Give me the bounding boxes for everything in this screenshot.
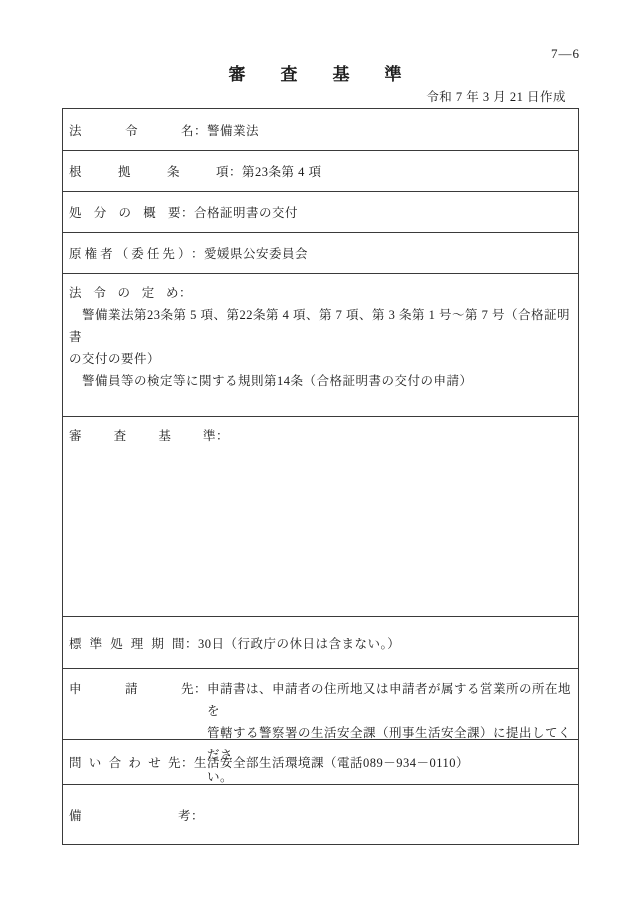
document-title: 審査基準: [0, 60, 630, 85]
document-title-text: 審査基準: [229, 60, 437, 85]
colon: ：: [216, 426, 229, 444]
label-remarks: 備考: [69, 806, 191, 824]
value-contact: 生活安全部生活環境課（電話089－934－0110）: [194, 753, 574, 771]
label-disposition: 処分の概要: [69, 203, 181, 221]
value-authority: 愛媛県公安委員会: [204, 244, 574, 262]
row-provisions: 法令の定め： 警備業法第23条第 5 項、第22条第 4 項、第 7 項、第 3…: [63, 274, 578, 417]
provisions-label-line: 法令の定め：: [69, 282, 574, 304]
colon: ：: [185, 634, 198, 652]
criteria-table: 法令名： 警備業法 根拠条項： 第23条第 4 項 処分の概要： 合格証明書の交…: [62, 108, 579, 845]
document-page: { "page": { "number": "7—6", "title": "審…: [0, 0, 630, 903]
row-authority: 原権者（委任先）： 愛媛県公安委員会: [63, 233, 578, 274]
value-basis: 第23条第 4 項: [242, 162, 574, 180]
label-authority: 原権者（委任先）: [69, 244, 191, 262]
colon: ：: [191, 806, 204, 824]
colon: ：: [194, 678, 207, 700]
application-line-1: 申請書は、申請者の住所地又は申請者が属する営業所の所在地を: [207, 678, 574, 722]
provisions-line-1: 警備業法第23条第 5 項、第22条第 4 項、第 7 項、第 3 条第 1 号…: [69, 304, 574, 348]
row-law-name: 法令名： 警備業法: [63, 109, 578, 151]
label-basis: 根拠条項: [69, 162, 229, 180]
provisions-line-2: の交付の要件）: [69, 348, 574, 370]
row-application: 申請先： 申請書は、申請者の住所地又は申請者が属する営業所の所在地を 管轄する警…: [63, 669, 578, 740]
row-disposition: 処分の概要： 合格証明書の交付: [63, 192, 578, 233]
label-period: 標準処理期間: [69, 634, 185, 652]
provisions-line-3: 警備員等の検定等に関する規則第14条（合格証明書の交付の申請）: [69, 370, 574, 392]
row-basis: 根拠条項： 第23条第 4 項: [63, 151, 578, 192]
value-period: 30日（行政庁の休日は含まない。）: [198, 634, 574, 652]
row-period: 標準処理期間： 30日（行政庁の休日は含まない。）: [63, 617, 578, 669]
label-criteria: 審査基準: [69, 426, 216, 444]
colon: ：: [181, 203, 194, 221]
label-law-name: 法令名: [69, 121, 194, 139]
creation-date: 令和 7 年 3 月 21 日作成: [62, 87, 566, 105]
value-disposition: 合格証明書の交付: [194, 203, 574, 221]
label-application: 申請先: [69, 678, 194, 700]
row-criteria: 審査基準：: [63, 417, 578, 617]
colon: ：: [179, 282, 192, 304]
colon: ：: [191, 244, 204, 262]
colon: ：: [229, 162, 242, 180]
label-provisions: 法令の定め: [69, 282, 179, 304]
value-application: 申請書は、申請者の住所地又は申請者が属する営業所の所在地を 管轄する警察署の生活…: [207, 678, 574, 788]
colon: ：: [181, 753, 194, 771]
colon: ：: [194, 121, 207, 139]
row-remarks: 備考：: [63, 785, 578, 845]
value-law-name: 警備業法: [207, 121, 574, 139]
label-contact: 問い合わせ先: [69, 753, 181, 771]
